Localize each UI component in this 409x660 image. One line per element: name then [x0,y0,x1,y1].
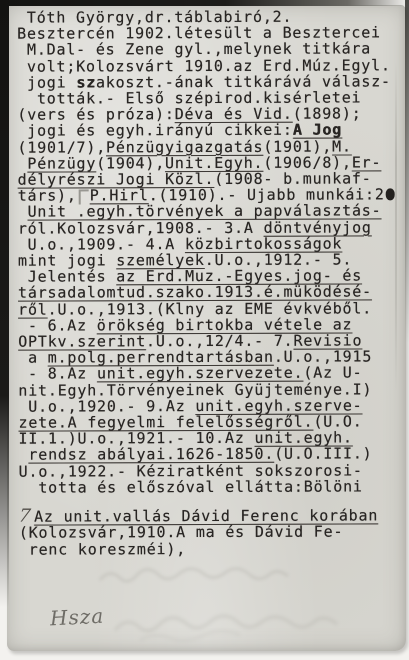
photo-frame-left-edge [0,0,9,660]
pencil-initials: Hsza [49,604,104,631]
footnote-pencil-mark: 7 [18,509,32,525]
footnote-block: 7Az unit.vallás Dávid Ferenc korában(Kol… [19,507,396,557]
paper-crease [395,62,397,392]
typed-segment: totta és előszóval ellátta:Bölöni [38,477,362,496]
footnote-line: renc koreszméi), [19,540,396,558]
photo-frame-top-edge [0,0,409,6]
typed-segment: renc koreszméi), [29,540,186,559]
scanned-card-photo: Tóth György,dr.táblabiró,2.Besztercén 19… [0,0,409,660]
overstruck-character [386,189,395,201]
bleed-through-handwriting-lower [110,610,350,644]
typed-line: totta és előszóval ellátta:Bölöni [19,478,396,496]
typed-body: Tóth György,dr.táblabiró,2.Besztercén 19… [17,8,396,495]
photo-frame-right-edge [405,0,409,343]
bleed-through-handwriting-upper [95,562,295,592]
typed-text-block: Tóth György,dr.táblabiró,2.Besztercén 19… [17,8,396,557]
footnote-line: (Kolozsvár,1910.A ma és Dávid Fe- [19,524,396,542]
